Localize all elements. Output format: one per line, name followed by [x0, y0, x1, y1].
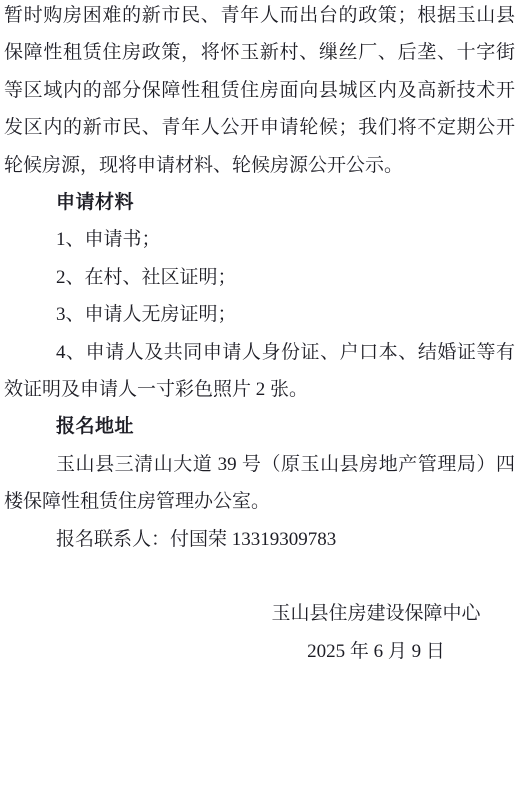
application-material-item-4: 4、申请人及共同申请人身份证、户口本、结婚证等有效证明及申请人一寸彩色照片 2 …	[4, 334, 515, 409]
section-heading-application-materials: 申请材料	[4, 184, 515, 221]
signature-block: 玉山县住房建设保障中心 2025 年 6 月 9 日	[270, 595, 482, 670]
application-material-item-2: 2、在村、社区证明；	[4, 259, 515, 296]
document-body: 暂时购房困难的新市民、青年人而出台的政策；根据玉山县保障性租赁住房政策，将怀玉新…	[0, 0, 530, 670]
contact-person-line: 报名联系人：付国荣 13319309783	[4, 521, 515, 558]
intro-paragraph: 暂时购房困难的新市民、青年人而出台的政策；根据玉山县保障性租赁住房政策，将怀玉新…	[4, 0, 515, 184]
application-material-item-1: 1、申请书；	[4, 221, 515, 258]
signature-organization: 玉山县住房建设保障中心	[270, 595, 482, 632]
document-page: 暂时购房困难的新市民、青年人而出台的政策；根据玉山县保障性租赁住房政策，将怀玉新…	[0, 0, 530, 788]
application-material-item-3: 3、申请人无房证明；	[4, 296, 515, 333]
registration-address-paragraph: 玉山县三清山大道 39 号（原玉山县房地产管理局）四楼保障性租赁住房管理办公室。	[4, 446, 515, 521]
section-heading-registration-address: 报名地址	[4, 408, 515, 445]
signature-date: 2025 年 6 月 9 日	[270, 633, 482, 670]
